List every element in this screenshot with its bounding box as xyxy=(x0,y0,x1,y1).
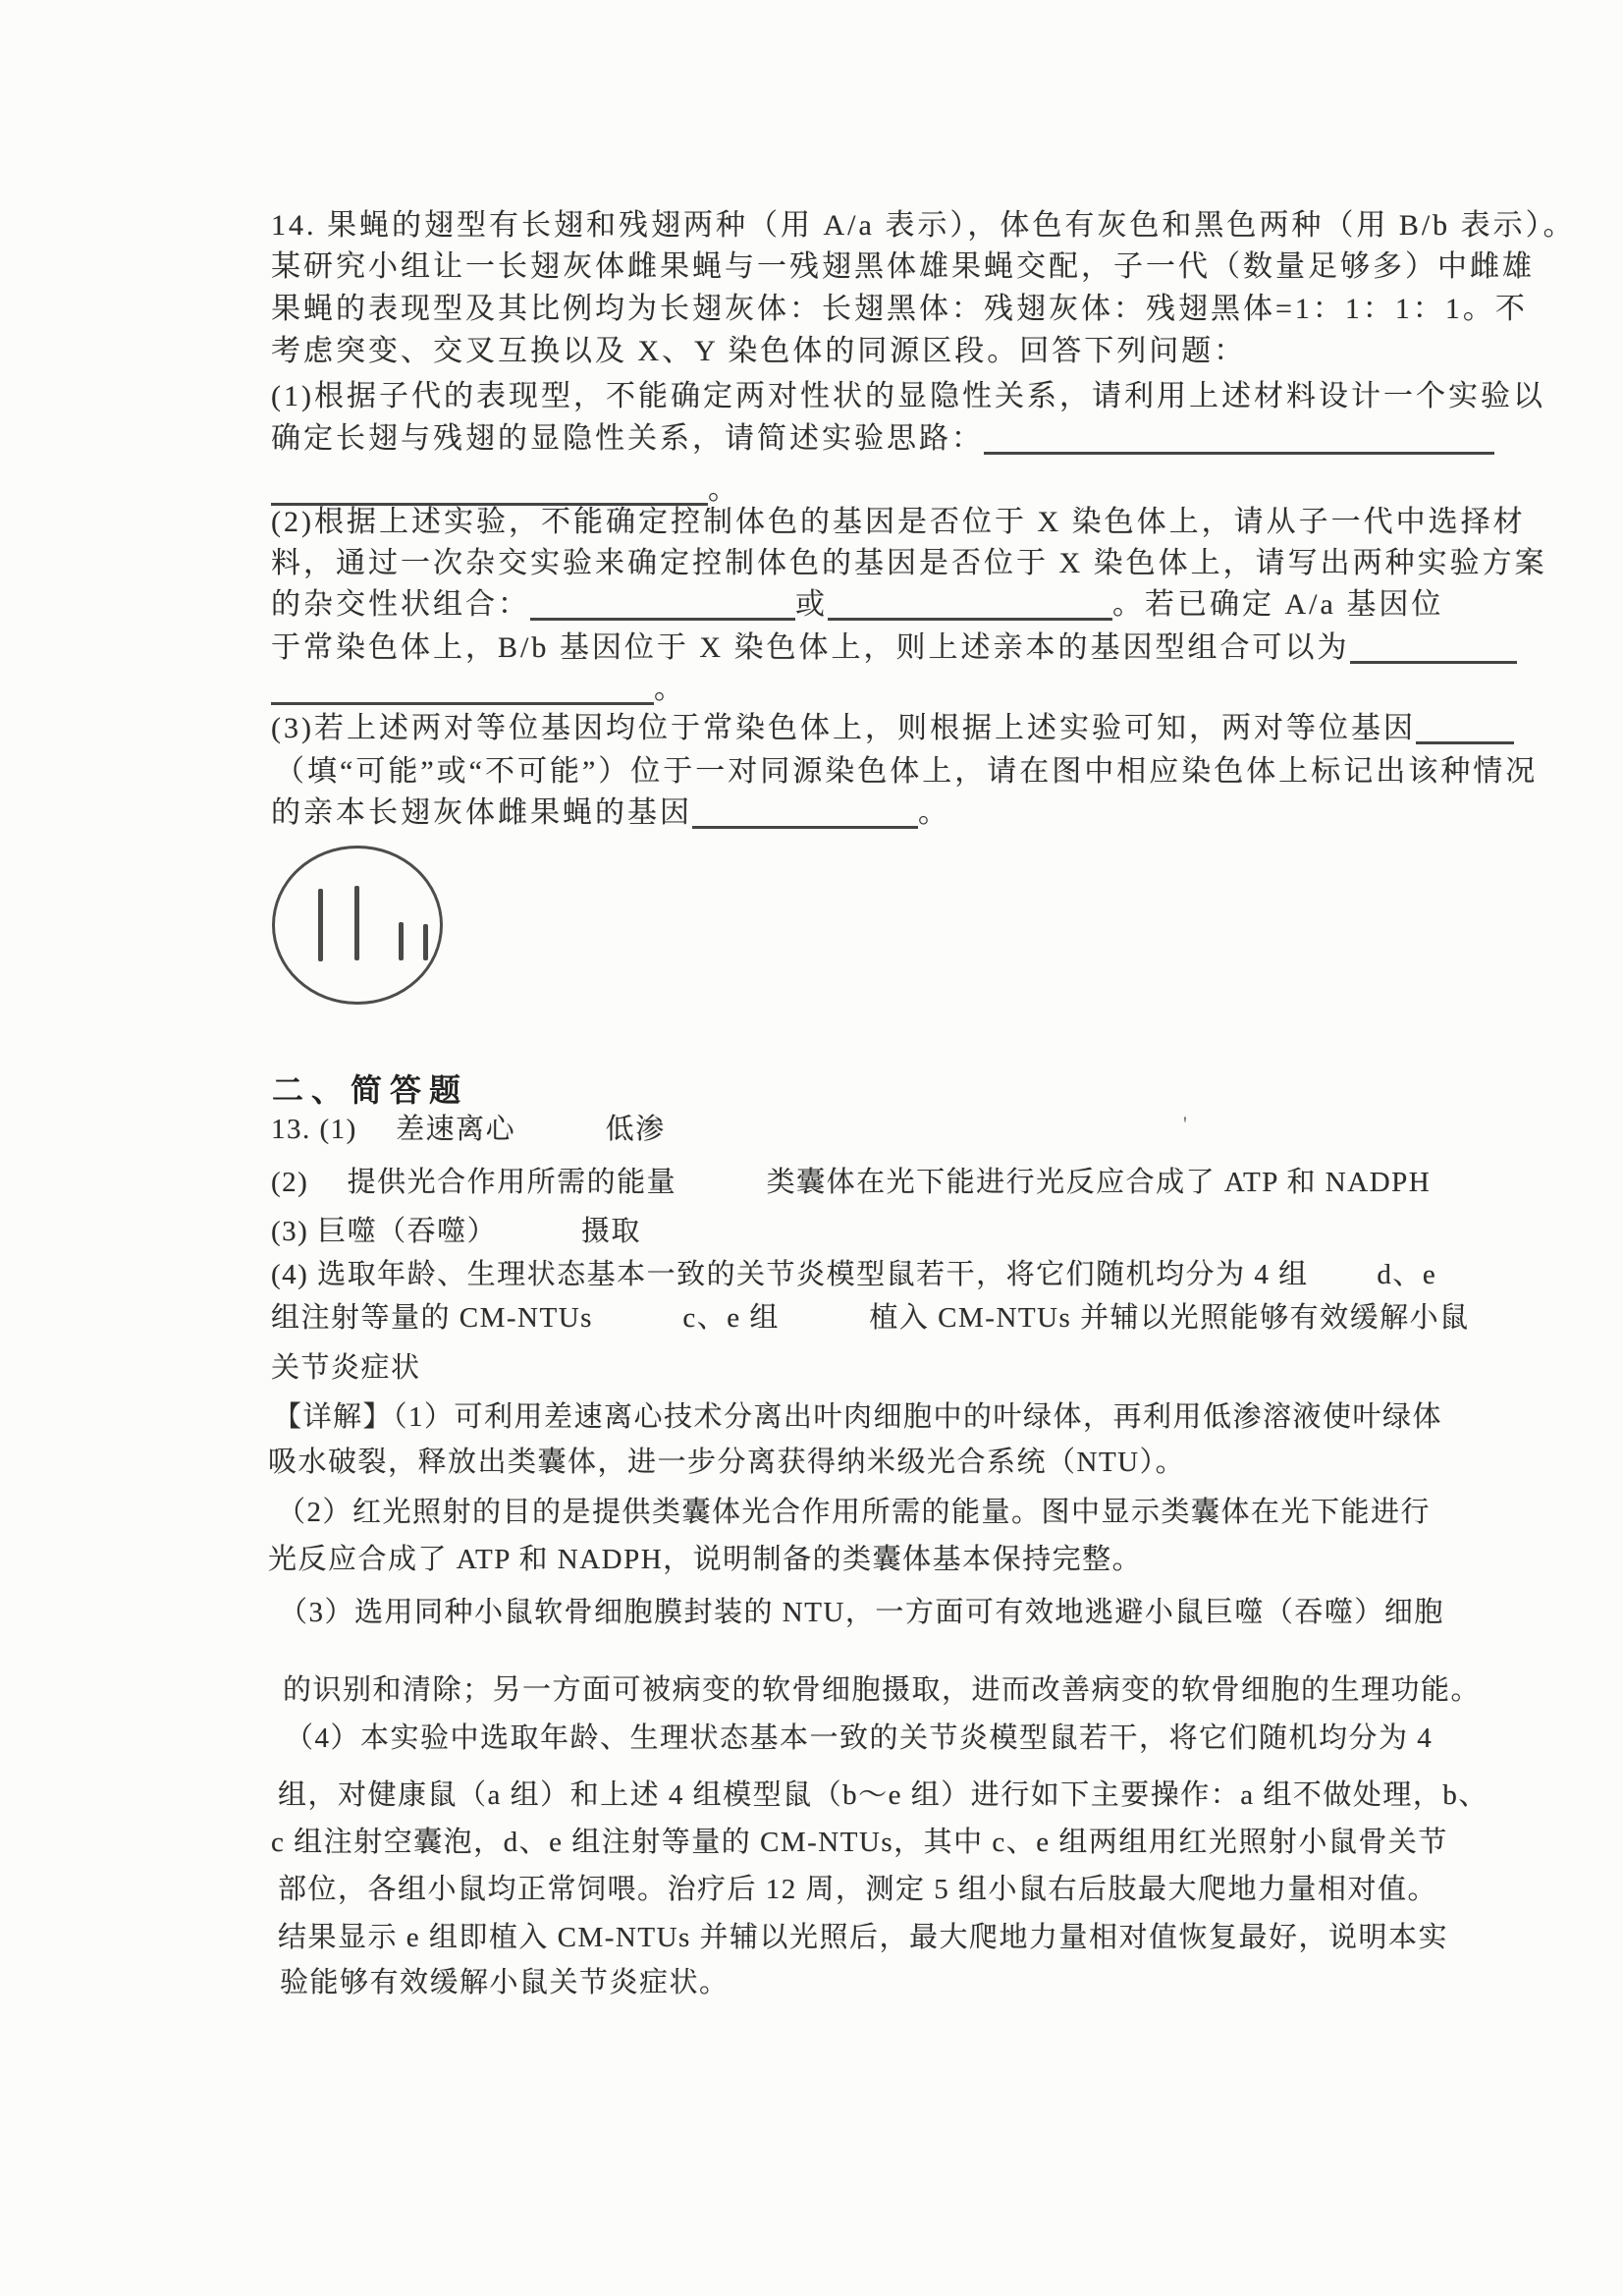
text-segment: 或 xyxy=(795,588,828,621)
text-line: 确定长翅与残翅的显隐性关系，请简述实验思路： xyxy=(271,419,1494,459)
text-line: 光反应合成了 ATP 和 NADPH，说明制备的类囊体基本保持完整。 xyxy=(268,1540,1142,1579)
text-segment: 组注射等量的 CM-NTUs c、e 组 植入 CM-NTUs 并辅以光照能够有… xyxy=(271,1302,1470,1334)
text-line: （4）本实验中选取年龄、生理状态基本一致的关节炎模型鼠若干，将它们随机均分为 4 xyxy=(285,1719,1433,1758)
text-segment: 关节炎症状 xyxy=(271,1352,421,1384)
text-line: （3）选用同种小鼠软骨细胞膜封装的 NTU，一方面可有效地逃避小鼠巨噬（吞噬）细… xyxy=(279,1593,1444,1632)
text-segment: 的识别和清除；另一方面可被病变的软骨细胞摄取，进而改善病变的软骨细胞的生理功能。 xyxy=(283,1674,1481,1706)
text-segment: 果蝇的表现型及其比例均为长翅灰体：长翅黑体：残翅灰体：残翅黑体=1：1：1：1。… xyxy=(271,293,1528,325)
text-segment: 吸水破裂，释放出类囊体，进一步分离获得纳米级光合系统（NTU）。 xyxy=(268,1447,1185,1478)
long-chromosome-1 xyxy=(318,889,323,961)
text-segment: （3）选用同种小鼠软骨细胞膜封装的 NTU，一方面可有效地逃避小鼠巨噬（吞噬）细… xyxy=(279,1597,1444,1628)
text-line: 料，通过一次杂交实验来确定控制体色的基因是否位于 X 染色体上，请写出两种实验方… xyxy=(271,544,1547,583)
text-segment: 部位，各组小鼠均正常饲喂。治疗后 12 周，测定 5 组小鼠右后肢最大爬地力量相… xyxy=(278,1874,1437,1905)
text-segment: 结果显示 e 组即植入 CM-NTUs 并辅以光照后，最大爬地力量相对值恢复最好… xyxy=(278,1922,1448,1953)
text-line: 关节炎症状 xyxy=(271,1348,421,1388)
text-line: 某研究小组让一长翅灰体雌果蝇与一残翅黑体雄果蝇交配，子一代（数量足够多）中雌雄 xyxy=(271,247,1535,287)
text-segment: 的杂交性状组合： xyxy=(271,588,530,621)
exam-page: 14. 果蝇的翅型有长翅和残翅两种（用 A/a 表示），体色有灰色和黑色两种（用… xyxy=(0,0,1623,2296)
answer-blank xyxy=(271,702,654,705)
answer-blank xyxy=(530,618,795,621)
answer-blank xyxy=(1350,661,1517,664)
text-line: 组，对健康鼠（a 组）和上述 4 组模型鼠（b～e 组）进行如下主要操作：a 组… xyxy=(278,1776,1488,1815)
text-segment: 13. (1) 差速离心 低渗 xyxy=(271,1114,666,1145)
text-segment: (1)根据子代的表现型，不能确定两对性状的显隐性关系，请利用上述材料设计一个实验… xyxy=(271,380,1545,412)
text-line: c 组注射空囊泡，d、e 组注射等量的 CM-NTUs，其中 c、e 组两组用红… xyxy=(271,1823,1448,1862)
text-line: 吸水破裂，释放出类囊体，进一步分离获得纳米级光合系统（NTU）。 xyxy=(268,1443,1185,1482)
text-line: 果蝇的表现型及其比例均为长翅灰体：长翅黑体：残翅灰体：残翅黑体=1：1：1：1。… xyxy=(271,290,1528,329)
text-segment: （2）红光照射的目的是提供类囊体光合作用所需的能量。图中显示类囊体在光下能进行 xyxy=(277,1497,1431,1528)
text-segment: 【详解】（1）可利用差速离心技术分离出叶肉细胞中的叶绿体，再利用低渗溶液使叶绿体 xyxy=(273,1401,1442,1433)
text-line: 验能够有效缓解小鼠关节炎症状。 xyxy=(280,1963,730,2002)
section-heading: 二、简答题 xyxy=(272,1066,468,1111)
scan-artifact: ' xyxy=(1183,1112,1187,1137)
text-line: （填“可能”或“不可能”）位于一对同源染色体上，请在图中相应染色体上标记出该种情… xyxy=(275,752,1538,792)
text-line: 组注射等量的 CM-NTUs c、e 组 植入 CM-NTUs 并辅以光照能够有… xyxy=(271,1298,1470,1338)
text-segment: 料，通过一次杂交实验来确定控制体色的基因是否位于 X 染色体上，请写出两种实验方… xyxy=(271,547,1547,579)
text-line: 的亲本长翅灰体雌果蝇的基因。 xyxy=(271,793,950,833)
text-line: 。 xyxy=(271,670,686,709)
text-segment: 的亲本长翅灰体雌果蝇的基因 xyxy=(271,796,692,829)
text-segment: 14. 果蝇的翅型有长翅和残翅两种（用 A/a 表示），体色有灰色和黑色两种（用… xyxy=(271,209,1576,242)
text-segment: 确定长翅与残翅的显隐性关系，请简述实验思路： xyxy=(271,422,984,455)
text-line: (2)根据上述实验，不能确定控制体色的基因是否位于 X 染色体上，请从子一代中选… xyxy=(271,503,1526,542)
text-line: 考虑突变、交叉互换以及 X、Y 染色体的同源区段。回答下列问题： xyxy=(271,332,1246,371)
text-line: 的杂交性状组合：或。若已确定 A/a 基因位 xyxy=(271,585,1443,625)
text-line: 13. (1) 差速离心 低渗 xyxy=(271,1110,666,1149)
answer-blank xyxy=(828,618,1112,621)
text-segment: （4）本实验中选取年龄、生理状态基本一致的关节炎模型鼠若干，将它们随机均分为 4 xyxy=(285,1722,1433,1754)
text-segment: 。 xyxy=(708,473,740,506)
short-chromosome-1 xyxy=(399,922,404,960)
text-line: 14. 果蝇的翅型有长翅和残翅两种（用 A/a 表示），体色有灰色和黑色两种（用… xyxy=(271,206,1576,246)
text-segment: 组，对健康鼠（a 组）和上述 4 组模型鼠（b～e 组）进行如下主要操作：a 组… xyxy=(278,1779,1488,1811)
text-line: 部位，各组小鼠均正常饲喂。治疗后 12 周，测定 5 组小鼠右后肢最大爬地力量相… xyxy=(278,1870,1437,1909)
text-segment: 。 xyxy=(918,796,950,829)
text-line: 于常染色体上，B/b 基因位于 X 染色体上，则上述亲本的基因型组合可以为 xyxy=(271,629,1517,668)
text-segment: 验能够有效缓解小鼠关节炎症状。 xyxy=(280,1967,730,1998)
text-segment: (4) 选取年龄、生理状态基本一致的关节炎模型鼠若干，将它们随机均分为 4 组 … xyxy=(271,1259,1436,1290)
text-line: (3)若上述两对等位基因均位于常染色体上，则根据上述实验可知，两对等位基因 xyxy=(271,709,1514,748)
answer-blank xyxy=(692,826,918,829)
text-segment: (3) 巨噬（吞噬） 摄取 xyxy=(271,1216,641,1247)
text-segment: (2)根据上述实验，不能确定控制体色的基因是否位于 X 染色体上，请从子一代中选… xyxy=(271,506,1526,538)
text-segment: 。若已确定 A/a 基因位 xyxy=(1112,588,1443,621)
text-line: (4) 选取年龄、生理状态基本一致的关节炎模型鼠若干，将它们随机均分为 4 组 … xyxy=(271,1255,1436,1294)
text-line: 【详解】（1）可利用差速离心技术分离出叶肉细胞中的叶绿体，再利用低渗溶液使叶绿体 xyxy=(273,1397,1442,1437)
answer-blank xyxy=(984,452,1494,455)
answer-blank xyxy=(1416,741,1514,744)
text-segment: c 组注射空囊泡，d、e 组注射等量的 CM-NTUs，其中 c、e 组两组用红… xyxy=(271,1827,1448,1858)
text-segment: （填“可能”或“不可能”）位于一对同源染色体上，请在图中相应染色体上标记出该种情… xyxy=(275,755,1538,788)
short-chromosome-2 xyxy=(423,924,428,960)
text-line: (1)根据子代的表现型，不能确定两对性状的显隐性关系，请利用上述材料设计一个实验… xyxy=(271,377,1545,416)
text-segment: (2) 提供光合作用所需的能量 类囊体在光下能进行光反应合成了 ATP 和 NA… xyxy=(271,1167,1431,1198)
text-segment: 于常染色体上，B/b 基因位于 X 染色体上，则上述亲本的基因型组合可以为 xyxy=(271,631,1350,664)
text-line: （2）红光照射的目的是提供类囊体光合作用所需的能量。图中显示类囊体在光下能进行 xyxy=(277,1493,1431,1532)
long-chromosome-2 xyxy=(354,886,359,960)
text-segment: (3)若上述两对等位基因均位于常染色体上，则根据上述实验可知，两对等位基因 xyxy=(271,712,1416,744)
text-segment: 。 xyxy=(654,673,686,705)
text-segment: 某研究小组让一长翅灰体雌果蝇与一残翅黑体雄果蝇交配，子一代（数量足够多）中雌雄 xyxy=(271,250,1535,283)
text-segment: 考虑突变、交叉互换以及 X、Y 染色体的同源区段。回答下列问题： xyxy=(271,335,1246,367)
text-line: 的识别和清除；另一方面可被病变的软骨细胞摄取，进而改善病变的软骨细胞的生理功能。 xyxy=(283,1670,1481,1710)
text-line: 结果显示 e 组即植入 CM-NTUs 并辅以光照后，最大爬地力量相对值恢复最好… xyxy=(278,1918,1448,1957)
text-line: (2) 提供光合作用所需的能量 类囊体在光下能进行光反应合成了 ATP 和 NA… xyxy=(271,1163,1431,1202)
text-line: (3) 巨噬（吞噬） 摄取 xyxy=(271,1212,641,1251)
text-segment: 光反应合成了 ATP 和 NADPH，说明制备的类囊体基本保持完整。 xyxy=(268,1544,1142,1575)
